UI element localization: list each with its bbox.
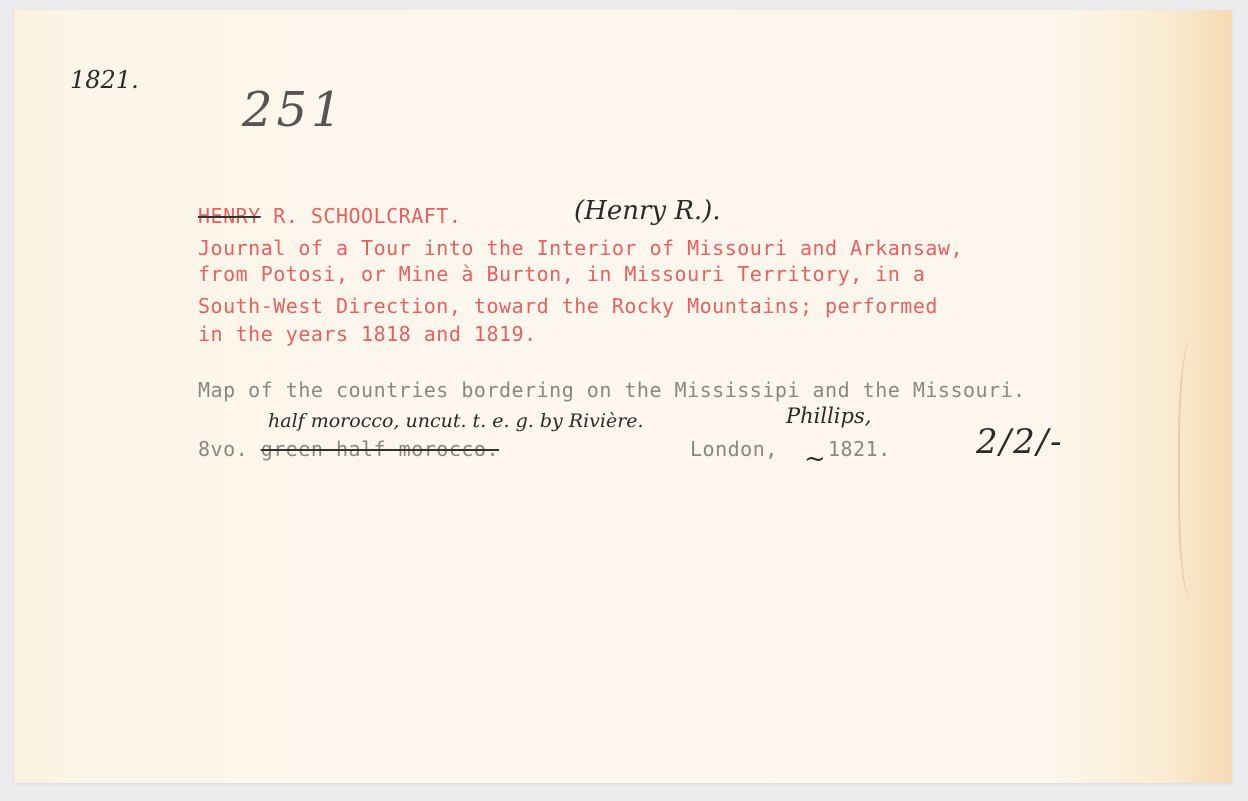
format: 8vo. xyxy=(198,437,261,461)
map-note: Map of the countries bordering on the Mi… xyxy=(198,378,1026,402)
struck-binding: green half morocco. xyxy=(261,437,499,461)
handwritten-publisher: Phillips, xyxy=(786,404,871,428)
author-line: HENRY R. SCHOOLCRAFT. xyxy=(198,204,461,228)
title-line-1: Journal of a Tour into the Interior of M… xyxy=(198,236,963,260)
handwritten-year: 1821. xyxy=(70,66,139,94)
place: London, xyxy=(690,437,778,461)
title-line-4: in the years 1818 and 1819. xyxy=(198,322,537,346)
date: 1821. xyxy=(828,437,891,461)
catalog-card: 1821. 251 HENRY R. SCHOOLCRAFT. (Henry R… xyxy=(14,10,1232,783)
handwritten-author-name: (Henry R.). xyxy=(574,196,721,226)
title-line-3: South-West Direction, toward the Rocky M… xyxy=(198,294,938,318)
title-line-2: from Potosi, or Mine à Burton, in Missou… xyxy=(198,262,925,286)
handwritten-binding-note: half morocco, uncut. t. e. g. by Rivière… xyxy=(268,410,644,432)
insertion-caret: ~ xyxy=(804,444,826,474)
author-surname: R. SCHOOLCRAFT. xyxy=(261,204,462,228)
handwritten-price: 2/2/- xyxy=(976,422,1064,462)
imprint-line: London, 1821. xyxy=(690,437,891,461)
torn-edge xyxy=(1178,340,1210,600)
handwritten-lot-number: 251 xyxy=(242,82,346,138)
struck-first-name: HENRY xyxy=(198,204,261,228)
format-line: 8vo. green half morocco. xyxy=(198,437,499,461)
